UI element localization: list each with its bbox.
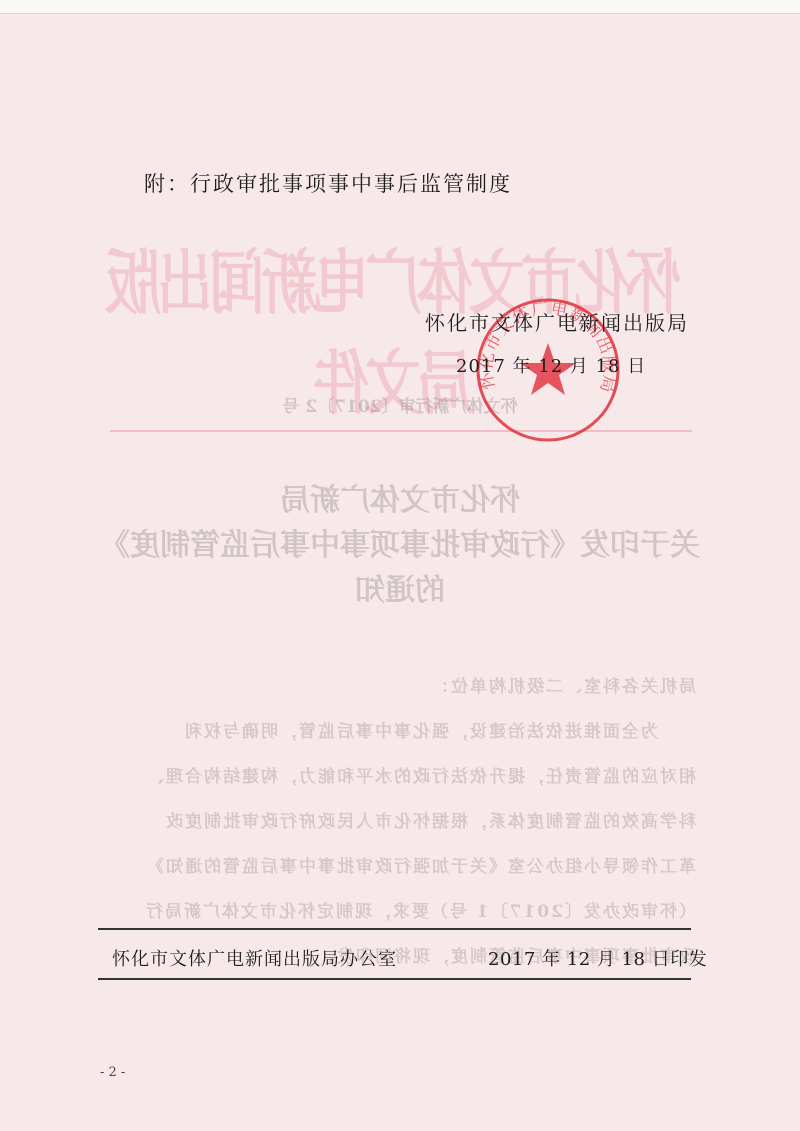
ghost-body-line: 为全面推进依法治建设，强化事中事后监管，明确与权利 [96, 717, 696, 742]
footer-bottom-rule [98, 978, 691, 980]
issue-date: 2017 年 12 月 18 日 [456, 352, 646, 378]
ghost-title-line: 怀化市文体广新局 [90, 475, 710, 519]
ghost-body-line: 相对应的监管责任，提升依法行政的水平和能力，构建结构合理、 [96, 762, 696, 787]
attachment-line: 附：行政审批事项事中事后监管制度 [144, 168, 512, 198]
page-number: - 2 - [100, 1065, 125, 1080]
ghost-title-line: 的通知 [90, 565, 710, 609]
issuer-name: 怀化市文体广电新闻出版局 [425, 307, 689, 336]
ghost-body-line: 科学高效的监管制度体系，根据怀化市人民政府行政审批制度改 [96, 807, 696, 832]
ghost-title-line: 关于印发《行政审批事项事中事后监管制度》 [90, 520, 710, 564]
footer-office: 怀化市文体广电新闻出版局办公室 [112, 945, 397, 971]
ghost-body-line: （怀审改办发〔2017〕1 号）要求，现制定怀化市文体广新局行 [96, 897, 696, 922]
ghost-body-line: 革工作领导小组办公室《关于加强行政审批事中事后监管的通知》 [96, 852, 696, 877]
footer-top-rule [98, 928, 691, 930]
page-top-edge [0, 0, 800, 14]
footer-print-date: 2017 年 12 月 18 日印发 [488, 945, 707, 971]
ghost-body-line: 局机关各科室、二级机构单位： [96, 672, 696, 697]
